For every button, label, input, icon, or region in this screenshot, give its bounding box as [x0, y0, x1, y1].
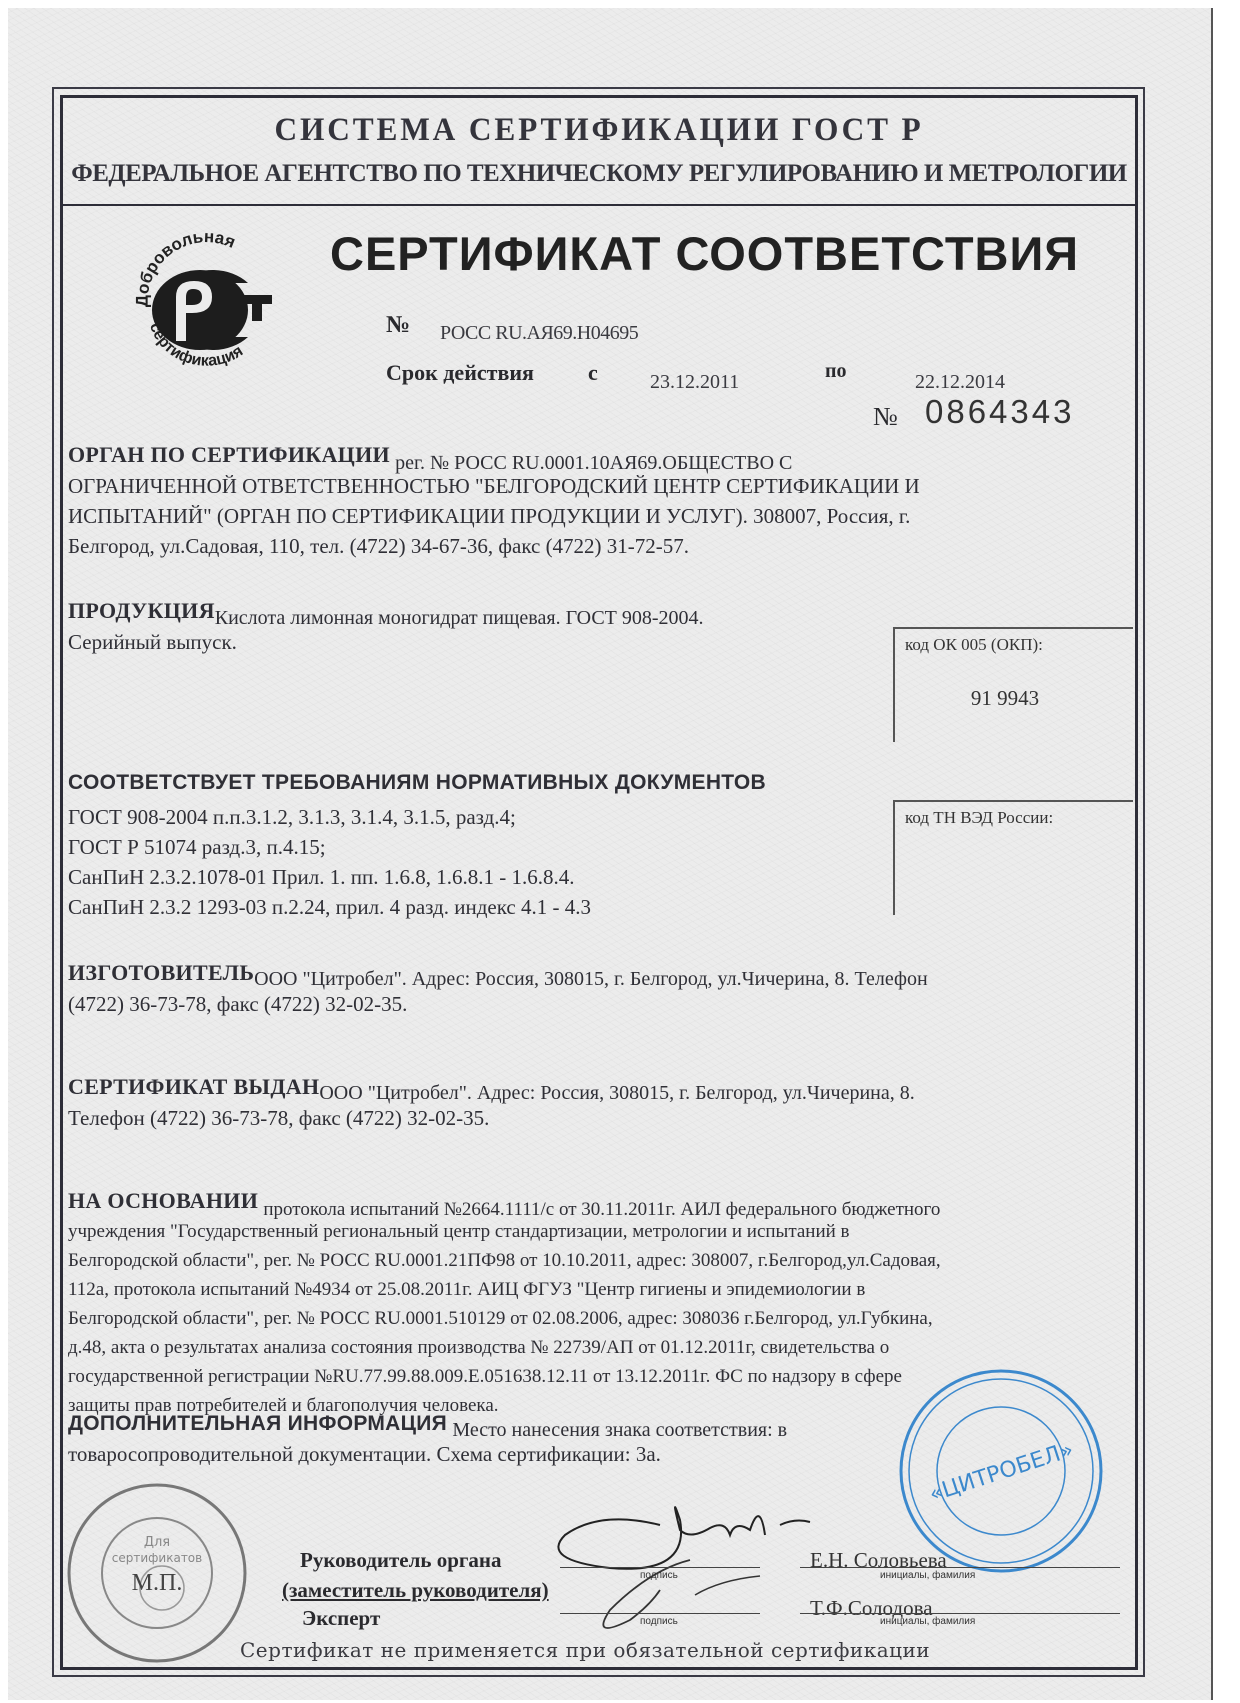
name-caption: инициалы, фамилия — [880, 1570, 975, 1581]
system-title: СИСТЕМА СЕРТИФИКАЦИИ ГОСТ Р — [87, 112, 1111, 149]
svg-text:М.П.: М.П. — [132, 1570, 183, 1596]
gray-seal-icon: Для сертификатов М.П. — [62, 1478, 252, 1668]
expert-label: Эксперт — [302, 1606, 380, 1631]
text-line: Белгород, ул.Садовая, 110, тел. (4722) 3… — [68, 531, 1128, 561]
signature-caption: подпись — [640, 1616, 678, 1627]
okp-code-box: код ОК 005 (ОКП): 91 9943 — [893, 627, 1133, 742]
text-line: (4722) 36-73-78, факс (4722) 32-02-35. — [68, 989, 1128, 1019]
name-caption: инициалы, фамилия — [880, 1616, 975, 1627]
expert-name-line — [800, 1613, 1120, 1614]
section-certification-body: ОРГАН ПО СЕРТИФИКАЦИИ рег. № РОСС RU.000… — [68, 440, 1128, 561]
signature-caption: подпись — [640, 1570, 678, 1581]
agency-title: ФЕДЕРАЛЬНОЕ АГЕНТСТВО ПО ТЕХНИЧЕСКОМУ РЕ… — [60, 160, 1138, 188]
serial-number: 0864343 — [925, 393, 1074, 431]
header-divider — [60, 204, 1138, 206]
signature-icon — [540, 1480, 840, 1640]
blue-seal-icon: «ЦИТРОБЕЛ» — [895, 1365, 1107, 1577]
svg-text:«ЦИТРОБЕЛ»: «ЦИТРОБЕЛ» — [926, 1437, 1076, 1507]
valid-from-date: 23.12.2011 — [650, 371, 739, 394]
tnved-code-label: код ТН ВЭД России: — [905, 808, 1053, 828]
text-line: Белгородской области", рег. № РОСС RU.00… — [68, 1304, 1128, 1333]
head-label: Руководитель органа — [300, 1548, 502, 1573]
text-line: Телефон (4722) 36-73-78, факс (4722) 32-… — [68, 1103, 1128, 1133]
validity-label: Срок действия — [386, 360, 534, 386]
certificate-number: РОСС RU.АЯ69.Н04695 — [440, 322, 638, 345]
serial-label: № — [873, 402, 898, 432]
head-name-line — [800, 1567, 1120, 1568]
text-line: 112а, протокола испытаний №4934 от 25.08… — [68, 1275, 1128, 1304]
rst-logo-icon: Добровольная сертификация — [130, 225, 280, 375]
text-line: Белгородской области", рег. № РОСС RU.00… — [68, 1246, 1128, 1275]
section-manufacturer: ИЗГОТОВИТЕЛЬООО "Цитробел". Адрес: Росси… — [68, 958, 1128, 1019]
valid-to-date: 22.12.2014 — [915, 371, 1005, 394]
number-label: № — [386, 312, 410, 339]
deputy-label: (заместитель руководителя) — [282, 1578, 549, 1603]
section-issued-to: СЕРТИФИКАТ ВЫДАНООО "Цитробел". Адрес: Р… — [68, 1072, 1128, 1133]
text-line: ИСПЫТАНИЙ" (ОРГАН ПО СЕРТИФИКАЦИИ ПРОДУК… — [68, 501, 1128, 531]
tnved-code-box: код ТН ВЭД России: — [893, 800, 1133, 915]
validity-to-label: по — [825, 360, 847, 383]
expert-signature-line — [560, 1613, 760, 1614]
validity-from-label: с — [588, 360, 598, 386]
text-line: учреждения "Государственный региональный… — [68, 1217, 1128, 1246]
svg-text:Для: Для — [144, 1535, 170, 1550]
okp-code-label: код ОК 005 (ОКП): — [905, 635, 1043, 655]
text-line: д.48, акта о результатах анализа состоян… — [68, 1333, 1128, 1362]
footer-note: Сертификат не применяется при обязательн… — [240, 1638, 930, 1662]
section-heading: ОРГАН ПО СЕРТИФИКАЦИИ — [68, 442, 390, 467]
okp-code-value: 91 9943 — [895, 686, 1115, 711]
head-signature-line — [560, 1567, 760, 1568]
text-line: ОГРАНИЧЕННОЙ ОТВЕТСТВЕННОСТЬЮ "БЕЛГОРОДС… — [68, 471, 1128, 501]
certificate-title: СЕРТИФИКАТ СООТВЕТСТВИЯ — [330, 226, 1079, 281]
svg-text:сертификатов: сертификатов — [112, 1551, 202, 1565]
